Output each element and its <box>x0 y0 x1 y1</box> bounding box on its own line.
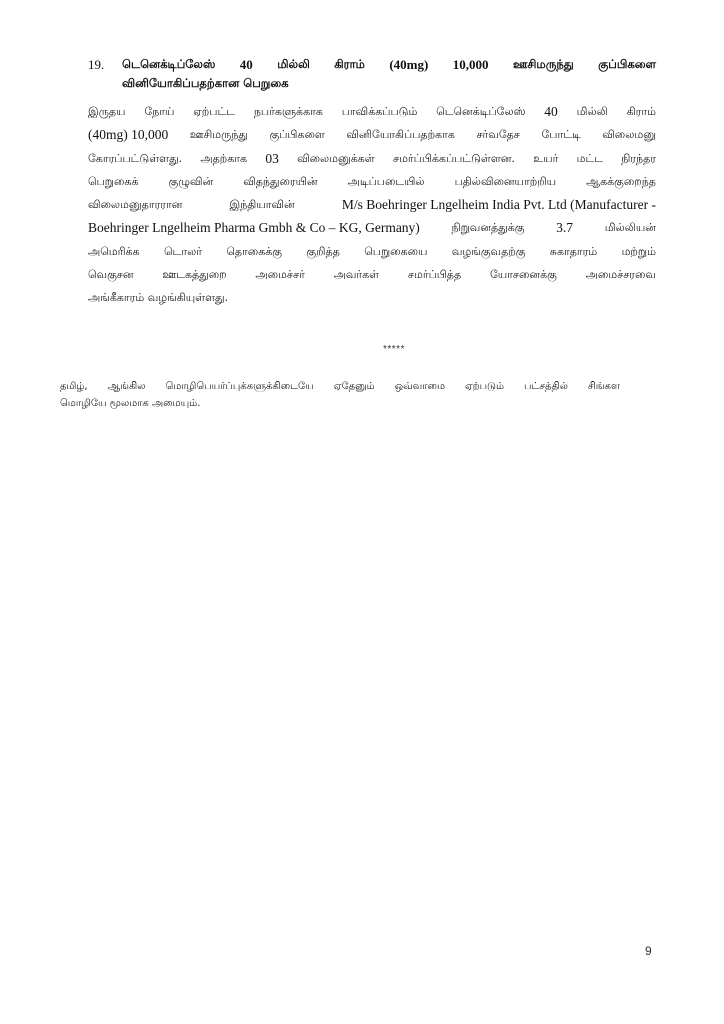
body-line: (40mg) 10,000ஊசிமருந்துகுப்பிகளைவினியோகி… <box>88 123 656 146</box>
body-word: ஊடகத்துறை <box>162 263 226 286</box>
footnote-word: ஒவ்வாமை <box>395 378 445 395</box>
translation-footnote: தமிழ்,ஆங்கிலமொழிபெயர்ப்புக்களுக்கிடையேஏத… <box>60 378 620 412</box>
body-word: அமைச்சரவை <box>586 263 656 286</box>
body-line: பெறுகைக்குழுவின்விதந்துரையின்அடிப்படையில… <box>88 170 656 193</box>
section-separator: ***** <box>383 344 405 355</box>
body-word: சமர்ப்பித்த <box>408 263 461 286</box>
body-word: பெறுகையை <box>364 240 427 263</box>
body-line: வெகுசனஊடகத்துறைஅமைச்சர்அவர்கள்சமர்ப்பித்… <box>88 263 656 286</box>
body-word: 40 <box>544 100 558 123</box>
body-word: அவர்கள் <box>334 263 379 286</box>
title-word: மில்லி <box>277 55 310 74</box>
body-word: இந்தியாவின் <box>230 193 295 216</box>
title-word: 40 <box>240 55 253 74</box>
title-word: 10,000 <box>453 55 489 74</box>
footnote-line2: மொழியே மூலமாக அமையும். <box>60 395 620 412</box>
body-word: குப்பிகளை <box>269 123 324 146</box>
body-word: பாவிக்கப்படும் <box>342 100 418 123</box>
body-word: விலைமனு <box>602 123 656 146</box>
item-title-line1: டெனெக்டிப்லேஸ் 40 மில்லி கிராம் (40mg) 1… <box>122 55 656 74</box>
body-word: M/s Boehringer Lngelheim India Pvt. Ltd … <box>342 193 656 216</box>
body-word: இருதய <box>88 100 126 123</box>
body-word: விதந்துரையின் <box>243 170 317 193</box>
body-line: அங்கீகாரம் வழங்கியுள்ளது. <box>88 286 656 309</box>
footnote-word: பட்சத்தில் <box>524 378 568 395</box>
body-word: மற்றும் <box>622 240 656 263</box>
body-word: அடிப்படையில் <box>348 170 425 193</box>
document-page: 19. டெனெக்டிப்லேஸ் 40 மில்லி கிராம் (40m… <box>0 0 724 1024</box>
body-word: சமர்ப்பிக்கப்பட்டுள்ளன. <box>393 147 515 170</box>
title-word: டெனெக்டிப்லேஸ் <box>122 55 215 74</box>
body-line: கோரப்பட்டுள்ளது.அதற்காக03விலைமனுக்கள்சமர… <box>88 147 656 170</box>
body-word: தொகைக்கு <box>226 240 282 263</box>
footnote-word: ஏதேனும் <box>334 378 375 395</box>
body-word: (40mg) 10,000 <box>88 123 168 146</box>
body-word: கோரப்பட்டுள்ளது. <box>88 147 182 170</box>
body-word: குழுவின் <box>169 170 214 193</box>
body-word: குறித்த <box>306 240 340 263</box>
body-word: ஊசிமருந்து <box>190 123 248 146</box>
body-word: வழங்குவதற்கு <box>452 240 526 263</box>
body-word: வெகுசன <box>88 263 134 286</box>
body-word: நிரந்தர <box>621 147 656 170</box>
footnote-word: ஏற்படும் <box>465 378 504 395</box>
body-line: Boehringer Lngelheim Pharma Gmbh & Co – … <box>88 216 656 239</box>
body-word: அமைச்சர் <box>255 263 304 286</box>
body-word: போட்டி <box>541 123 580 146</box>
body-paragraph: இருதயநோய்ஏற்பட்டநபர்களுக்காகபாவிக்கப்படு… <box>88 100 656 310</box>
title-word: (40mg) <box>389 55 428 74</box>
item-number: 19. <box>88 55 104 74</box>
body-word: வினியோகிப்பதற்காக <box>346 123 455 146</box>
body-word: பெறுகைக் <box>88 170 138 193</box>
body-word: டெனெக்டிப்லேஸ் <box>436 100 525 123</box>
body-word: நோய் <box>144 100 174 123</box>
body-word: சுகாதாரம் <box>550 240 597 263</box>
body-word: டொலர் <box>164 240 202 263</box>
body-line: விலைமனுதாரரானஇந்தியாவின்M/s Boehringer L… <box>88 193 656 216</box>
body-word: 3.7 <box>556 216 573 239</box>
body-word: சர்வதேச <box>476 123 519 146</box>
body-word: அதற்காக <box>200 147 247 170</box>
body-word: கிராம் <box>627 100 656 123</box>
body-word: யோசனைக்கு <box>490 263 557 286</box>
title-word: ஊசிமருந்து <box>513 55 574 74</box>
body-word: உயர் <box>533 147 558 170</box>
page-number: 9 <box>645 944 652 958</box>
item-title-line2: வினியோகிப்பதற்கான பெறுகை <box>122 74 289 93</box>
body-word: விலைமனுக்கள் <box>297 147 375 170</box>
footnote-word: தமிழ், <box>60 378 88 395</box>
footnote-word: மொழிபெயர்ப்புக்களுக்கிடையே <box>166 378 314 395</box>
body-line: இருதயநோய்ஏற்பட்டநபர்களுக்காகபாவிக்கப்படு… <box>88 100 656 123</box>
body-word: அங்கீகாரம் வழங்கியுள்ளது. <box>88 286 228 309</box>
body-word: மில்லி <box>577 100 608 123</box>
footnote-word: சிங்கள <box>588 378 620 395</box>
body-line: அமெரிக்கடொலர்தொகைக்குகுறித்தபெறுகையைவழங்… <box>88 240 656 263</box>
body-word: மட்ட <box>577 147 603 170</box>
body-word: 03 <box>265 147 279 170</box>
body-word: ஆகக்குறைந்த <box>586 170 656 193</box>
footnote-word: ஆங்கில <box>108 378 146 395</box>
body-word: நபர்களுக்காக <box>254 100 323 123</box>
body-word: அமெரிக்க <box>88 240 140 263</box>
title-word: கிராம் <box>334 55 365 74</box>
body-word: விலைமனுதாரரான <box>88 193 182 216</box>
footnote-line1: தமிழ்,ஆங்கிலமொழிபெயர்ப்புக்களுக்கிடையேஏத… <box>60 378 620 395</box>
title-word: குப்பிகளை <box>598 55 656 74</box>
body-word: நிறுவனத்துக்கு <box>452 216 525 239</box>
body-word: பதில்வினையாற்றிய <box>455 170 556 193</box>
body-word: Boehringer Lngelheim Pharma Gmbh & Co – … <box>88 216 420 239</box>
body-word: மில்லியன் <box>605 216 656 239</box>
body-word: ஏற்பட்ட <box>193 100 235 123</box>
